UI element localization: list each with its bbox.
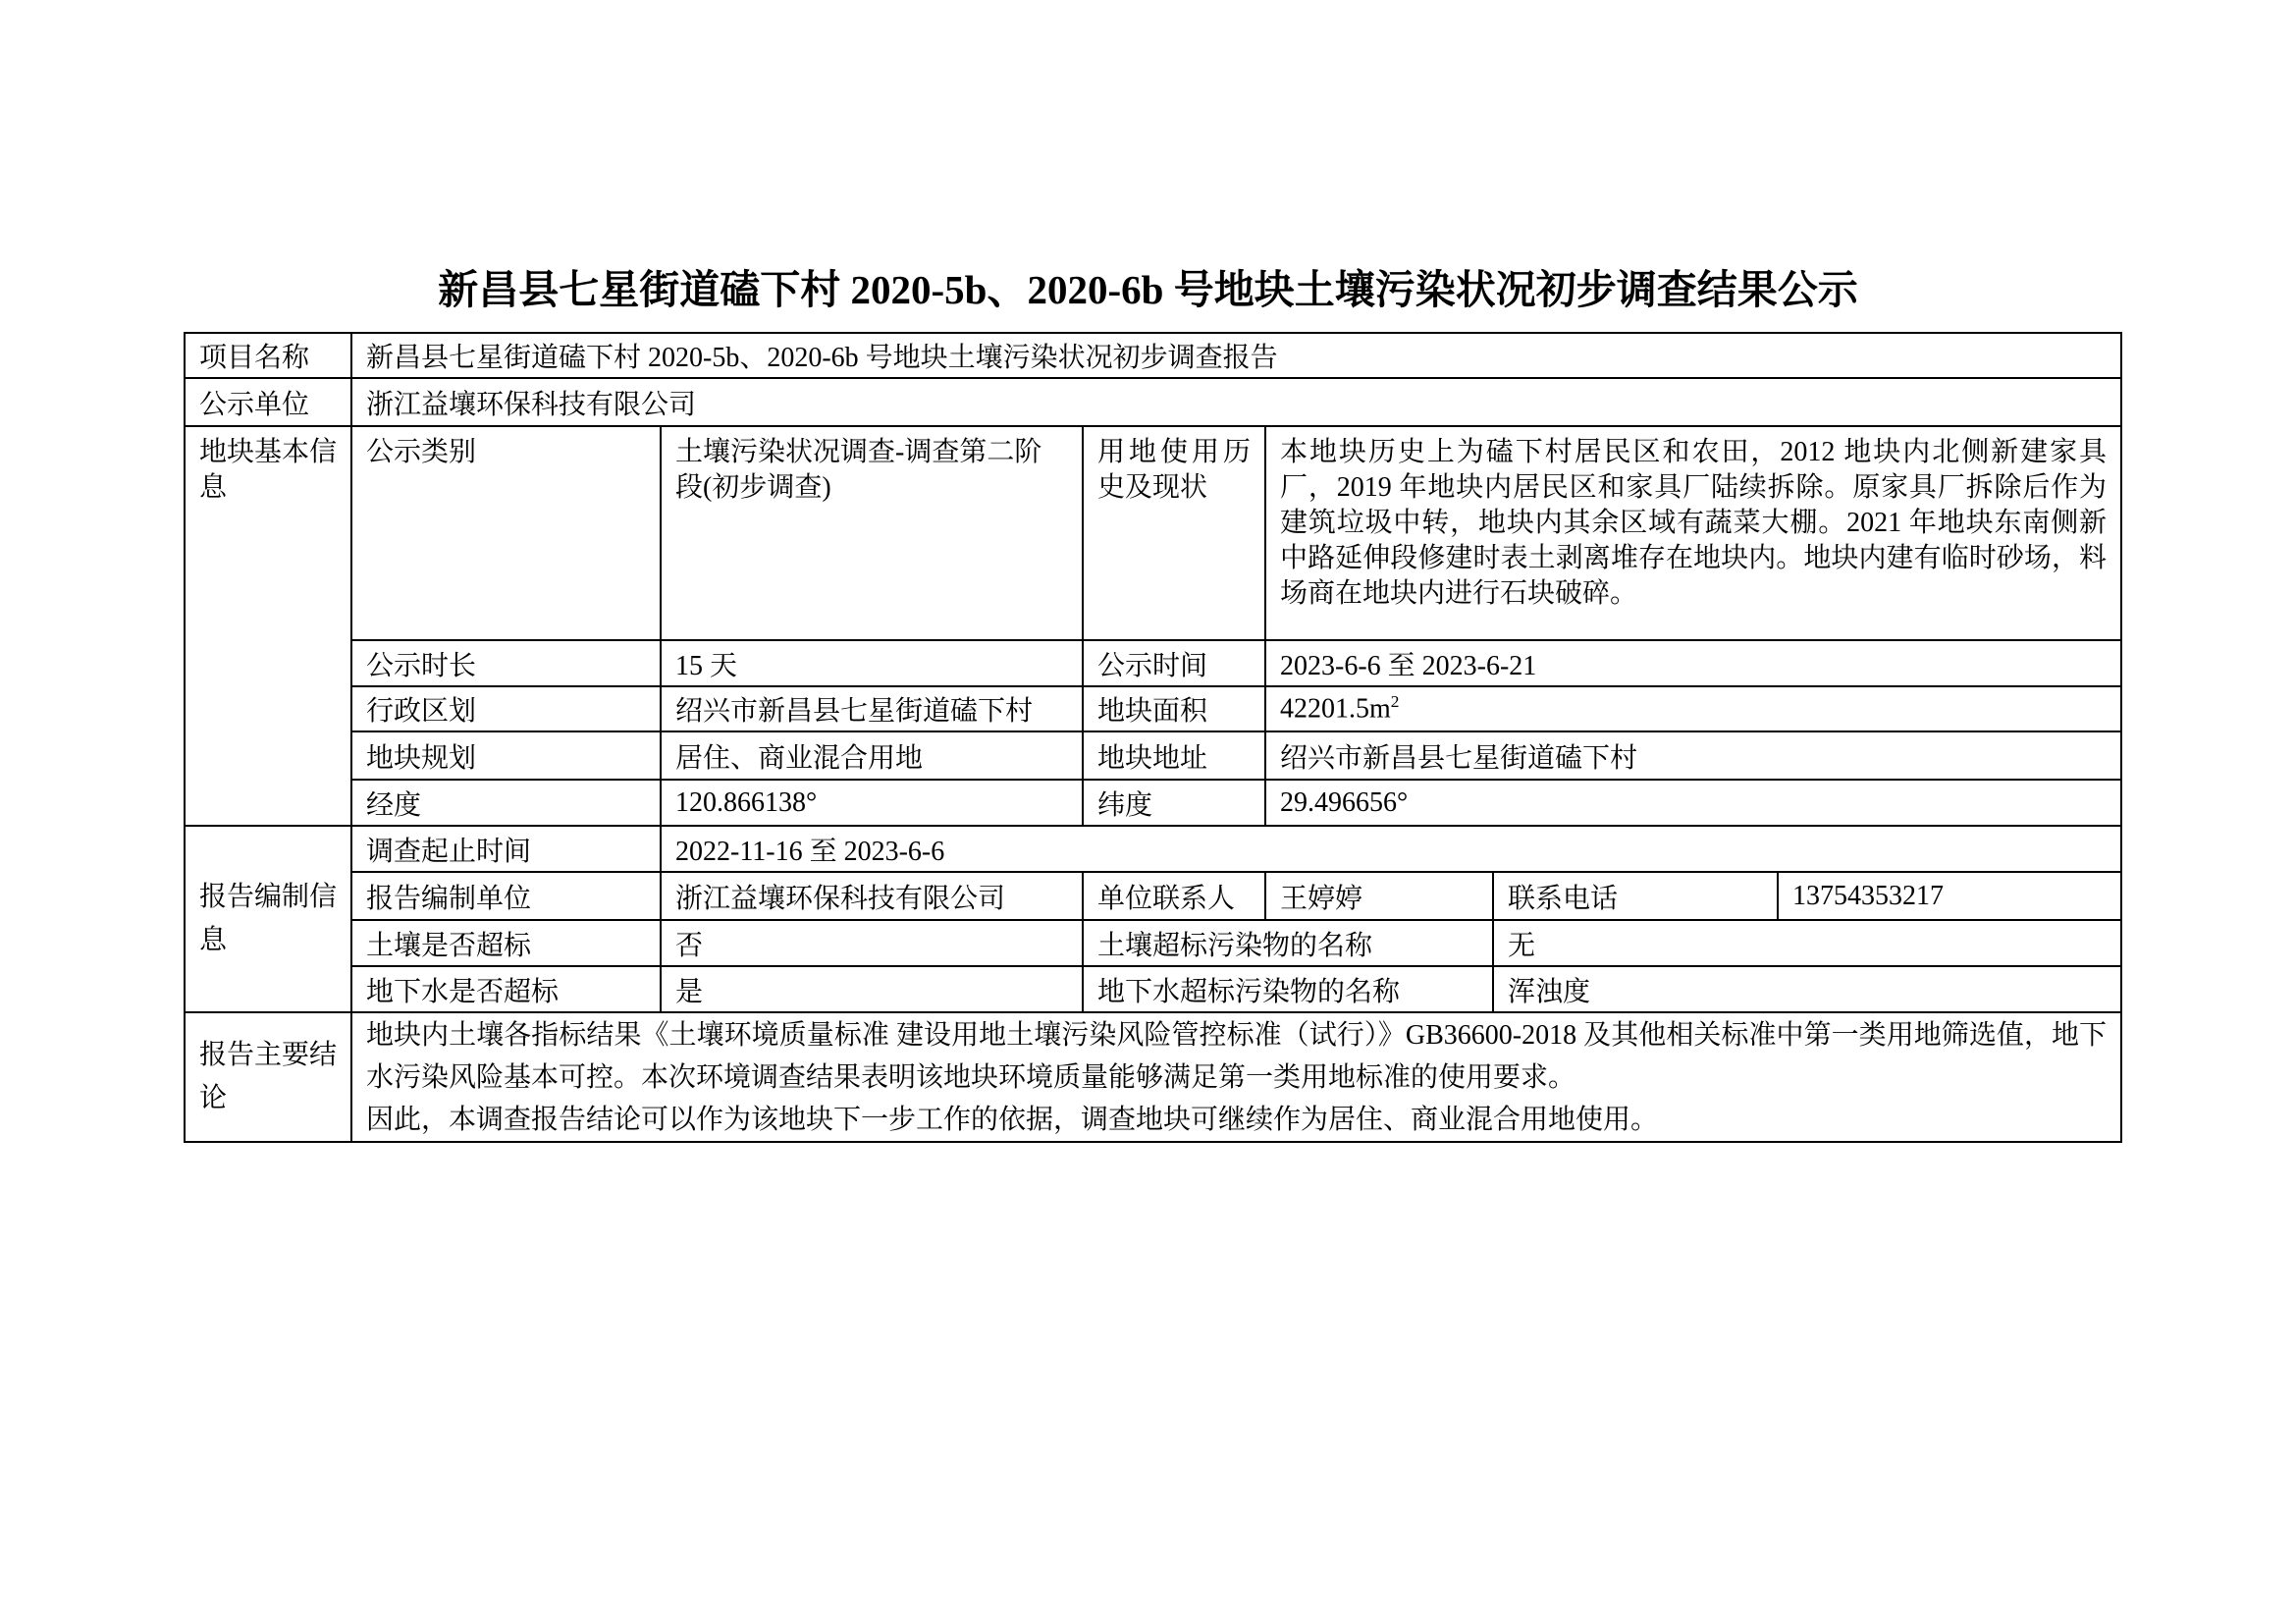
soil-exceeded-label: 土壤是否超标 bbox=[351, 920, 661, 966]
row-soil-exceeded: 土壤是否超标 否 土壤超标污染物的名称 无 bbox=[185, 920, 2121, 966]
survey-period-value: 2022-11-16 至 2023-6-6 bbox=[661, 826, 2121, 872]
plot-planning-label: 地块规划 bbox=[351, 731, 661, 780]
report-unit-value: 浙江益壤环保科技有限公司 bbox=[661, 872, 1083, 920]
row-project-name: 项目名称 新昌县七星街道磕下村 2020-5b、2020-6b 号地块土壤污染状… bbox=[185, 333, 2121, 378]
document-page: 新昌县七星街道磕下村 2020-5b、2020-6b 号地块土壤污染状况初步调查… bbox=[0, 0, 2296, 1624]
row-admin-division: 行政区划 绍兴市新昌县七星街道磕下村 地块面积 42201.5m2 bbox=[185, 686, 2121, 731]
page-title: 新昌县七星街道磕下村 2020-5b、2020-6b 号地块土壤污染状况初步调查… bbox=[0, 257, 2296, 315]
section-conclusion: 报告主要结论 bbox=[185, 1012, 351, 1142]
longitude-label: 经度 bbox=[351, 780, 661, 826]
soil-exceeded-value: 否 bbox=[661, 920, 1083, 966]
publicity-type-label: 公示类别 bbox=[351, 426, 661, 640]
publicity-unit-label: 公示单位 bbox=[185, 378, 351, 426]
conclusion-paragraph-2: 因此，本调查报告结论可以作为该地块下一步工作的依据，调查地块可继续作为居住、商业… bbox=[366, 1099, 2107, 1141]
survey-period-label: 调查起止时间 bbox=[351, 826, 661, 872]
admin-division-value: 绍兴市新昌县七星街道磕下村 bbox=[661, 686, 1083, 731]
plot-area-value: 42201.5m2 bbox=[1265, 686, 2121, 731]
publicity-type-value: 土壤污染状况调查-调查第二阶段(初步调查) bbox=[661, 426, 1083, 640]
project-name-label: 项目名称 bbox=[185, 333, 351, 378]
plot-planning-value: 居住、商业混合用地 bbox=[661, 731, 1083, 780]
row-publicity-unit: 公示单位 浙江益壤环保科技有限公司 bbox=[185, 378, 2121, 426]
row-publicity-type: 地块基本信息 公示类别 土壤污染状况调查-调查第二阶段(初步调查) 用地使用历史… bbox=[185, 426, 2121, 640]
row-plot-planning: 地块规划 居住、商业混合用地 地块地址 绍兴市新昌县七星街道磕下村 bbox=[185, 731, 2121, 780]
row-groundwater-exceeded: 地下水是否超标 是 地下水超标污染物的名称 浑浊度 bbox=[185, 966, 2121, 1012]
conclusion-value: 地块内土壤各指标结果《土壤环境质量标准 建设用地土壤污染风险管控标准（试行）》G… bbox=[351, 1012, 2121, 1142]
conclusion-paragraph-1: 地块内土壤各指标结果《土壤环境质量标准 建设用地土壤污染风险管控标准（试行）》G… bbox=[366, 1014, 2107, 1099]
groundwater-exceeded-value: 是 bbox=[661, 966, 1083, 1012]
plot-area-superscript: 2 bbox=[1391, 692, 1400, 711]
row-report-unit: 报告编制单位 浙江益壤环保科技有限公司 单位联系人 王婷婷 联系电话 13754… bbox=[185, 872, 2121, 920]
row-coordinates: 经度 120.866138° 纬度 29.496656° bbox=[185, 780, 2121, 826]
groundwater-pollutants-label: 地下水超标污染物的名称 bbox=[1083, 966, 1493, 1012]
land-use-history-value: 本地块历史上为磕下村居民区和农田，2012 地块内北侧新建家具厂，2019 年地… bbox=[1265, 426, 2121, 640]
admin-division-label: 行政区划 bbox=[351, 686, 661, 731]
soil-pollutants-value: 无 bbox=[1493, 920, 2121, 966]
plot-address-value: 绍兴市新昌县七星街道磕下村 bbox=[1265, 731, 2121, 780]
land-use-history-label: 用地使用历史及现状 bbox=[1083, 426, 1265, 640]
latitude-value: 29.496656° bbox=[1265, 780, 2121, 826]
publicity-duration-value: 15 天 bbox=[661, 640, 1083, 686]
contact-phone-label: 联系电话 bbox=[1493, 872, 1778, 920]
latitude-label: 纬度 bbox=[1083, 780, 1265, 826]
section-plot-basic-info: 地块基本信息 bbox=[185, 426, 351, 826]
project-name-value: 新昌县七星街道磕下村 2020-5b、2020-6b 号地块土壤污染状况初步调查… bbox=[351, 333, 2121, 378]
row-publicity-duration: 公示时长 15 天 公示时间 2023-6-6 至 2023-6-21 bbox=[185, 640, 2121, 686]
contact-person-value: 王婷婷 bbox=[1265, 872, 1493, 920]
row-survey-period: 报告编制信息 调查起止时间 2022-11-16 至 2023-6-6 bbox=[185, 826, 2121, 872]
plot-area-number: 42201.5m bbox=[1280, 694, 1391, 725]
longitude-value: 120.866138° bbox=[661, 780, 1083, 826]
contact-person-label: 单位联系人 bbox=[1083, 872, 1265, 920]
publicity-unit-value: 浙江益壤环保科技有限公司 bbox=[351, 378, 2121, 426]
report-unit-label: 报告编制单位 bbox=[351, 872, 661, 920]
contact-phone-value: 13754353217 bbox=[1778, 872, 2121, 920]
row-conclusion: 报告主要结论 地块内土壤各指标结果《土壤环境质量标准 建设用地土壤污染风险管控标… bbox=[185, 1012, 2121, 1142]
groundwater-pollutants-value: 浑浊度 bbox=[1493, 966, 2121, 1012]
plot-area-label: 地块面积 bbox=[1083, 686, 1265, 731]
publicity-time-value: 2023-6-6 至 2023-6-21 bbox=[1265, 640, 2121, 686]
soil-pollutants-label: 土壤超标污染物的名称 bbox=[1083, 920, 1493, 966]
publicity-duration-label: 公示时长 bbox=[351, 640, 661, 686]
publicity-table: 项目名称 新昌县七星街道磕下村 2020-5b、2020-6b 号地块土壤污染状… bbox=[184, 332, 2122, 1143]
section-report-info: 报告编制信息 bbox=[185, 826, 351, 1012]
publicity-time-label: 公示时间 bbox=[1083, 640, 1265, 686]
plot-address-label: 地块地址 bbox=[1083, 731, 1265, 780]
groundwater-exceeded-label: 地下水是否超标 bbox=[351, 966, 661, 1012]
